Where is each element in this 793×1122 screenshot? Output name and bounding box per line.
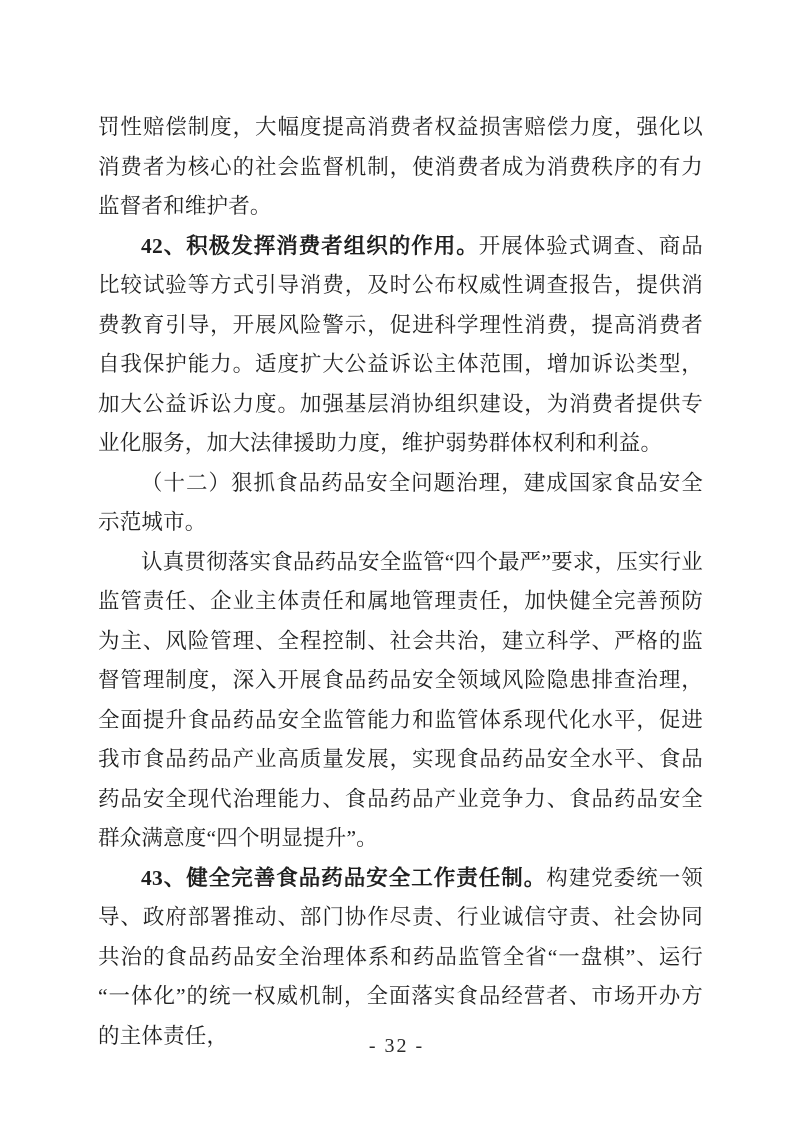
item-42-body: 开展体验式调查、商品比较试验等方式引导消费，及时公布权威性调查报告，提供消费教育… [98,234,703,456]
item-43-body: 构建党委统一领导、政府部署推动、部门协作尽责、行业诚信守责、社会协同共治的食品药… [98,866,703,1048]
paragraph-item-42: 42、积极发挥消费者组织的作用。开展体验式调查、商品比较试验等方式引导消费，及时… [98,227,703,464]
paragraph-section-12-body: 认真贯彻落实食品药品安全监管“四个最严”要求，压实行业监管责任、企业主体责任和属… [98,543,703,859]
item-42-heading: 42、积极发挥消费者组织的作用。 [141,234,479,258]
document-body: 罚性赔偿制度，大幅度提高消费者权益损害赔偿力度，强化以消费者为核心的社会监督机制… [98,108,703,1056]
document-page: 罚性赔偿制度，大幅度提高消费者权益损害赔偿力度，强化以消费者为核心的社会监督机制… [0,0,793,1122]
page-number: - 32 - [0,1033,793,1059]
section-12-body-text: 认真贯彻落实食品药品安全监管“四个最严”要求，压实行业监管责任、企业主体责任和属… [98,550,703,851]
paragraph-continuation: 罚性赔偿制度，大幅度提高消费者权益损害赔偿力度，强化以消费者为核心的社会监督机制… [98,108,703,227]
paragraph-item-43: 43、健全完善食品药品安全工作责任制。构建党委统一领导、政府部署推动、部门协作尽… [98,859,703,1057]
paragraph-text: 罚性赔偿制度，大幅度提高消费者权益损害赔偿力度，强化以消费者为核心的社会监督机制… [98,115,703,218]
paragraph-section-12-heading: （十二）狠抓食品药品安全问题治理，建成国家食品安全示范城市。 [98,464,703,543]
item-43-heading: 43、健全完善食品药品安全工作责任制。 [141,866,546,890]
section-12-heading-text: （十二）狠抓食品药品安全问题治理，建成国家食品安全示范城市。 [98,471,703,535]
